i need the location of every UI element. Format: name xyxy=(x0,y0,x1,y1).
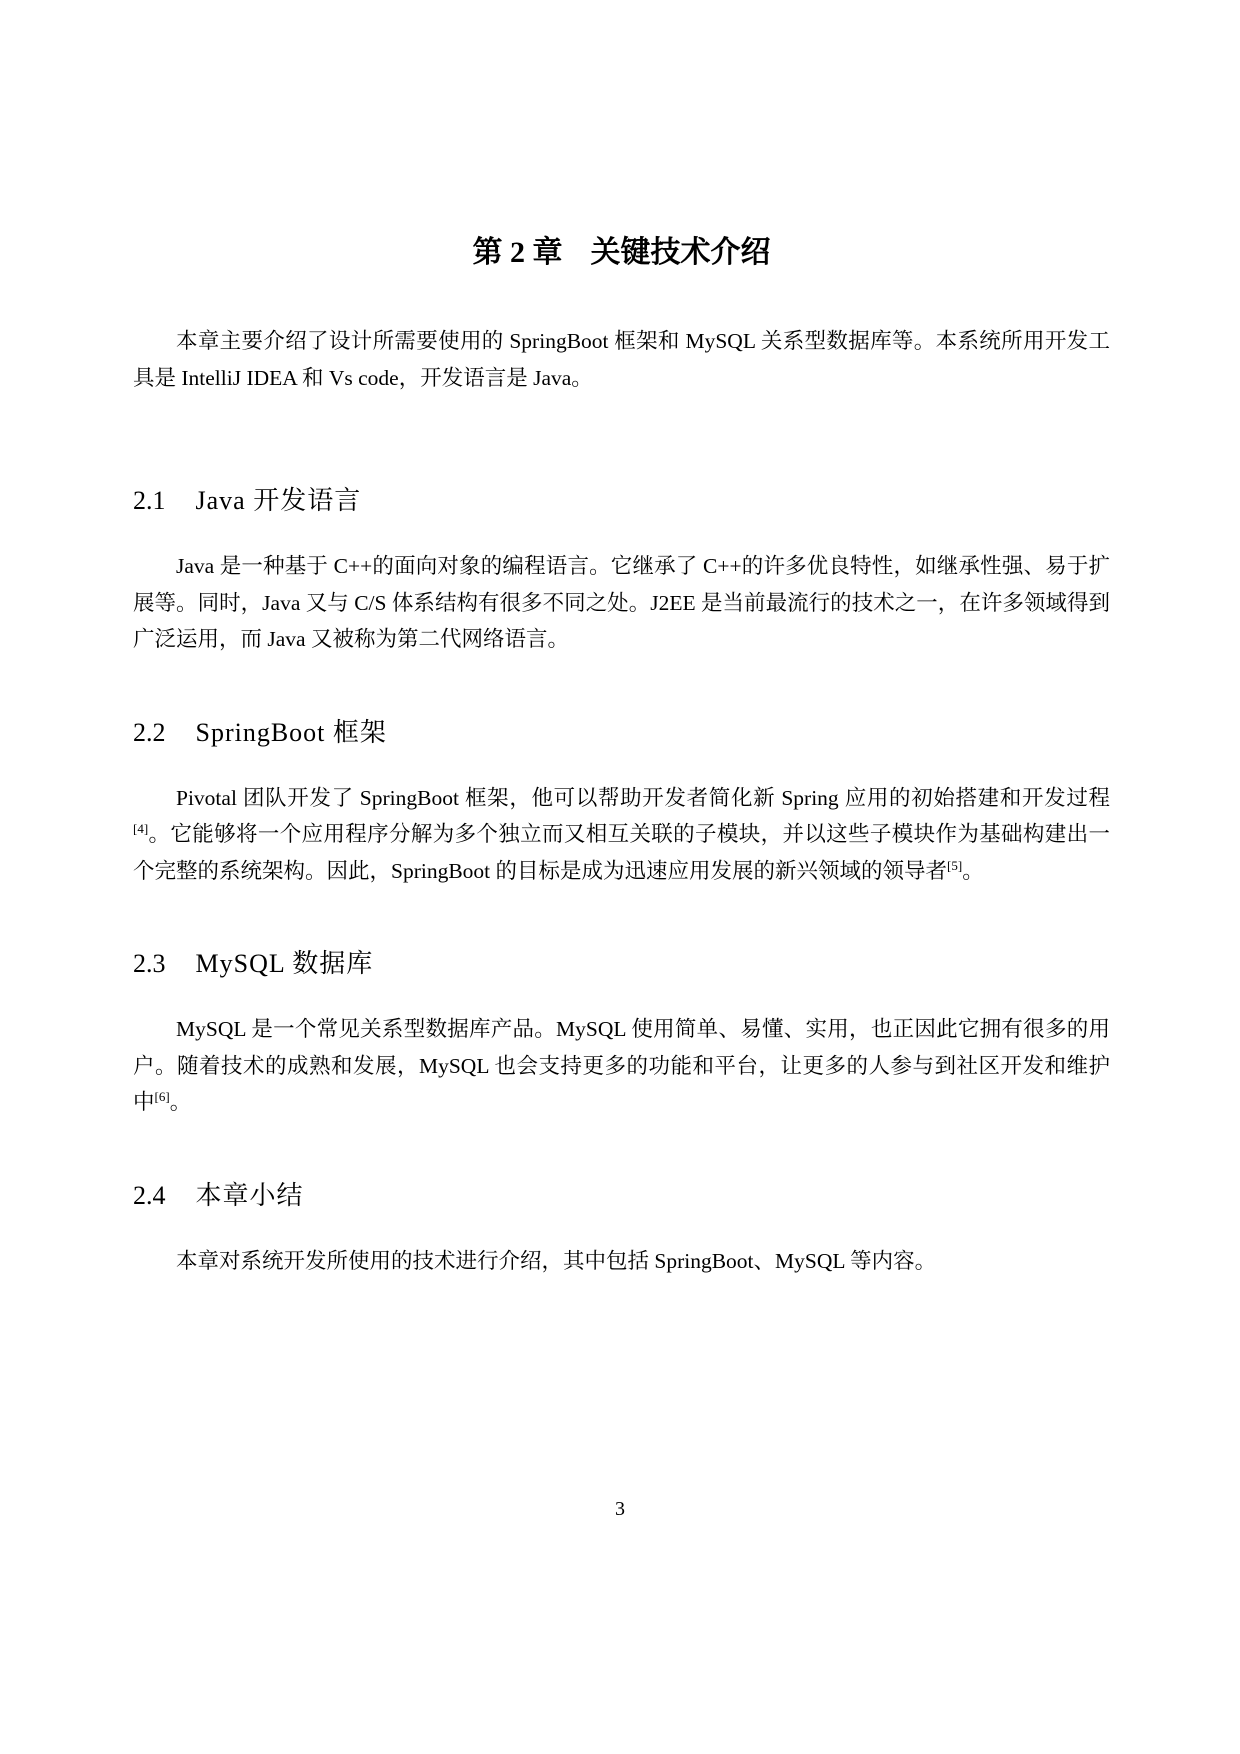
chapter-title: 第 2 章关键技术介绍 xyxy=(133,233,1110,273)
chapter-number-label: 第 2 章 xyxy=(473,236,563,269)
paragraph-text: 。 xyxy=(962,859,984,883)
section: 2.4本章小结 本章对系统开发所使用的技术进行介绍，其中包括 SpringBoo… xyxy=(133,1179,1110,1280)
section-number: 2.4 xyxy=(133,1181,166,1210)
citation-reference: [6] xyxy=(155,1089,170,1104)
page-number: 3 xyxy=(0,1498,1240,1521)
section-paragraph: Java 是一种基于 C++的面向对象的编程语言。它继承了 C++的许多优良特性… xyxy=(133,548,1110,658)
paragraph-text: Java 是一种基于 C++的面向对象的编程语言。它继承了 C++的许多优良特性… xyxy=(133,554,1110,651)
paragraph-text: Pivotal 团队开发了 SpringBoot 框架，他可以帮助开发者简化新 … xyxy=(176,786,1110,810)
intro-paragraph: 本章主要介绍了设计所需要使用的 SpringBoot 框架和 MySQL 关系型… xyxy=(133,323,1110,396)
section-title: SpringBoot 框架 xyxy=(196,718,387,747)
paragraph-text: MySQL 是一个常见关系型数据库产品。MySQL 使用简单、易懂、实用，也正因… xyxy=(133,1017,1110,1114)
section-title: 本章小结 xyxy=(196,1181,304,1210)
section-number: 2.1 xyxy=(133,486,166,515)
document-page: 第 2 章关键技术介绍 本章主要介绍了设计所需要使用的 SpringBoot 框… xyxy=(0,0,1240,1754)
section-heading: 2.2SpringBoot 框架 xyxy=(133,716,1110,750)
section-title: Java 开发语言 xyxy=(196,486,362,515)
section-title: MySQL 数据库 xyxy=(196,949,374,978)
section-paragraph: MySQL 是一个常见关系型数据库产品。MySQL 使用简单、易懂、实用，也正因… xyxy=(133,1011,1110,1121)
section-paragraph: 本章对系统开发所使用的技术进行介绍，其中包括 SpringBoot、MySQL … xyxy=(133,1243,1110,1280)
citation-reference: [5] xyxy=(947,857,962,872)
section: 2.1Java 开发语言 Java 是一种基于 C++的面向对象的编程语言。它继… xyxy=(133,484,1110,658)
section-heading: 2.1Java 开发语言 xyxy=(133,484,1110,518)
paragraph-text: 本章对系统开发所使用的技术进行介绍，其中包括 SpringBoot、MySQL … xyxy=(176,1249,936,1273)
section-heading: 2.3MySQL 数据库 xyxy=(133,947,1110,981)
paragraph-text: 。 xyxy=(170,1090,192,1114)
section: 2.2SpringBoot 框架 Pivotal 团队开发了 SpringBoo… xyxy=(133,716,1110,890)
section-number: 2.2 xyxy=(133,718,166,747)
sections-container: 2.1Java 开发语言 Java 是一种基于 C++的面向对象的编程语言。它继… xyxy=(133,484,1110,1279)
section: 2.3MySQL 数据库 MySQL 是一个常见关系型数据库产品。MySQL 使… xyxy=(133,947,1110,1121)
section-heading: 2.4本章小结 xyxy=(133,1179,1110,1213)
citation-reference: [4] xyxy=(133,821,148,836)
section-paragraph: Pivotal 团队开发了 SpringBoot 框架，他可以帮助开发者简化新 … xyxy=(133,780,1110,890)
section-number: 2.3 xyxy=(133,949,166,978)
chapter-name: 关键技术介绍 xyxy=(591,236,771,269)
